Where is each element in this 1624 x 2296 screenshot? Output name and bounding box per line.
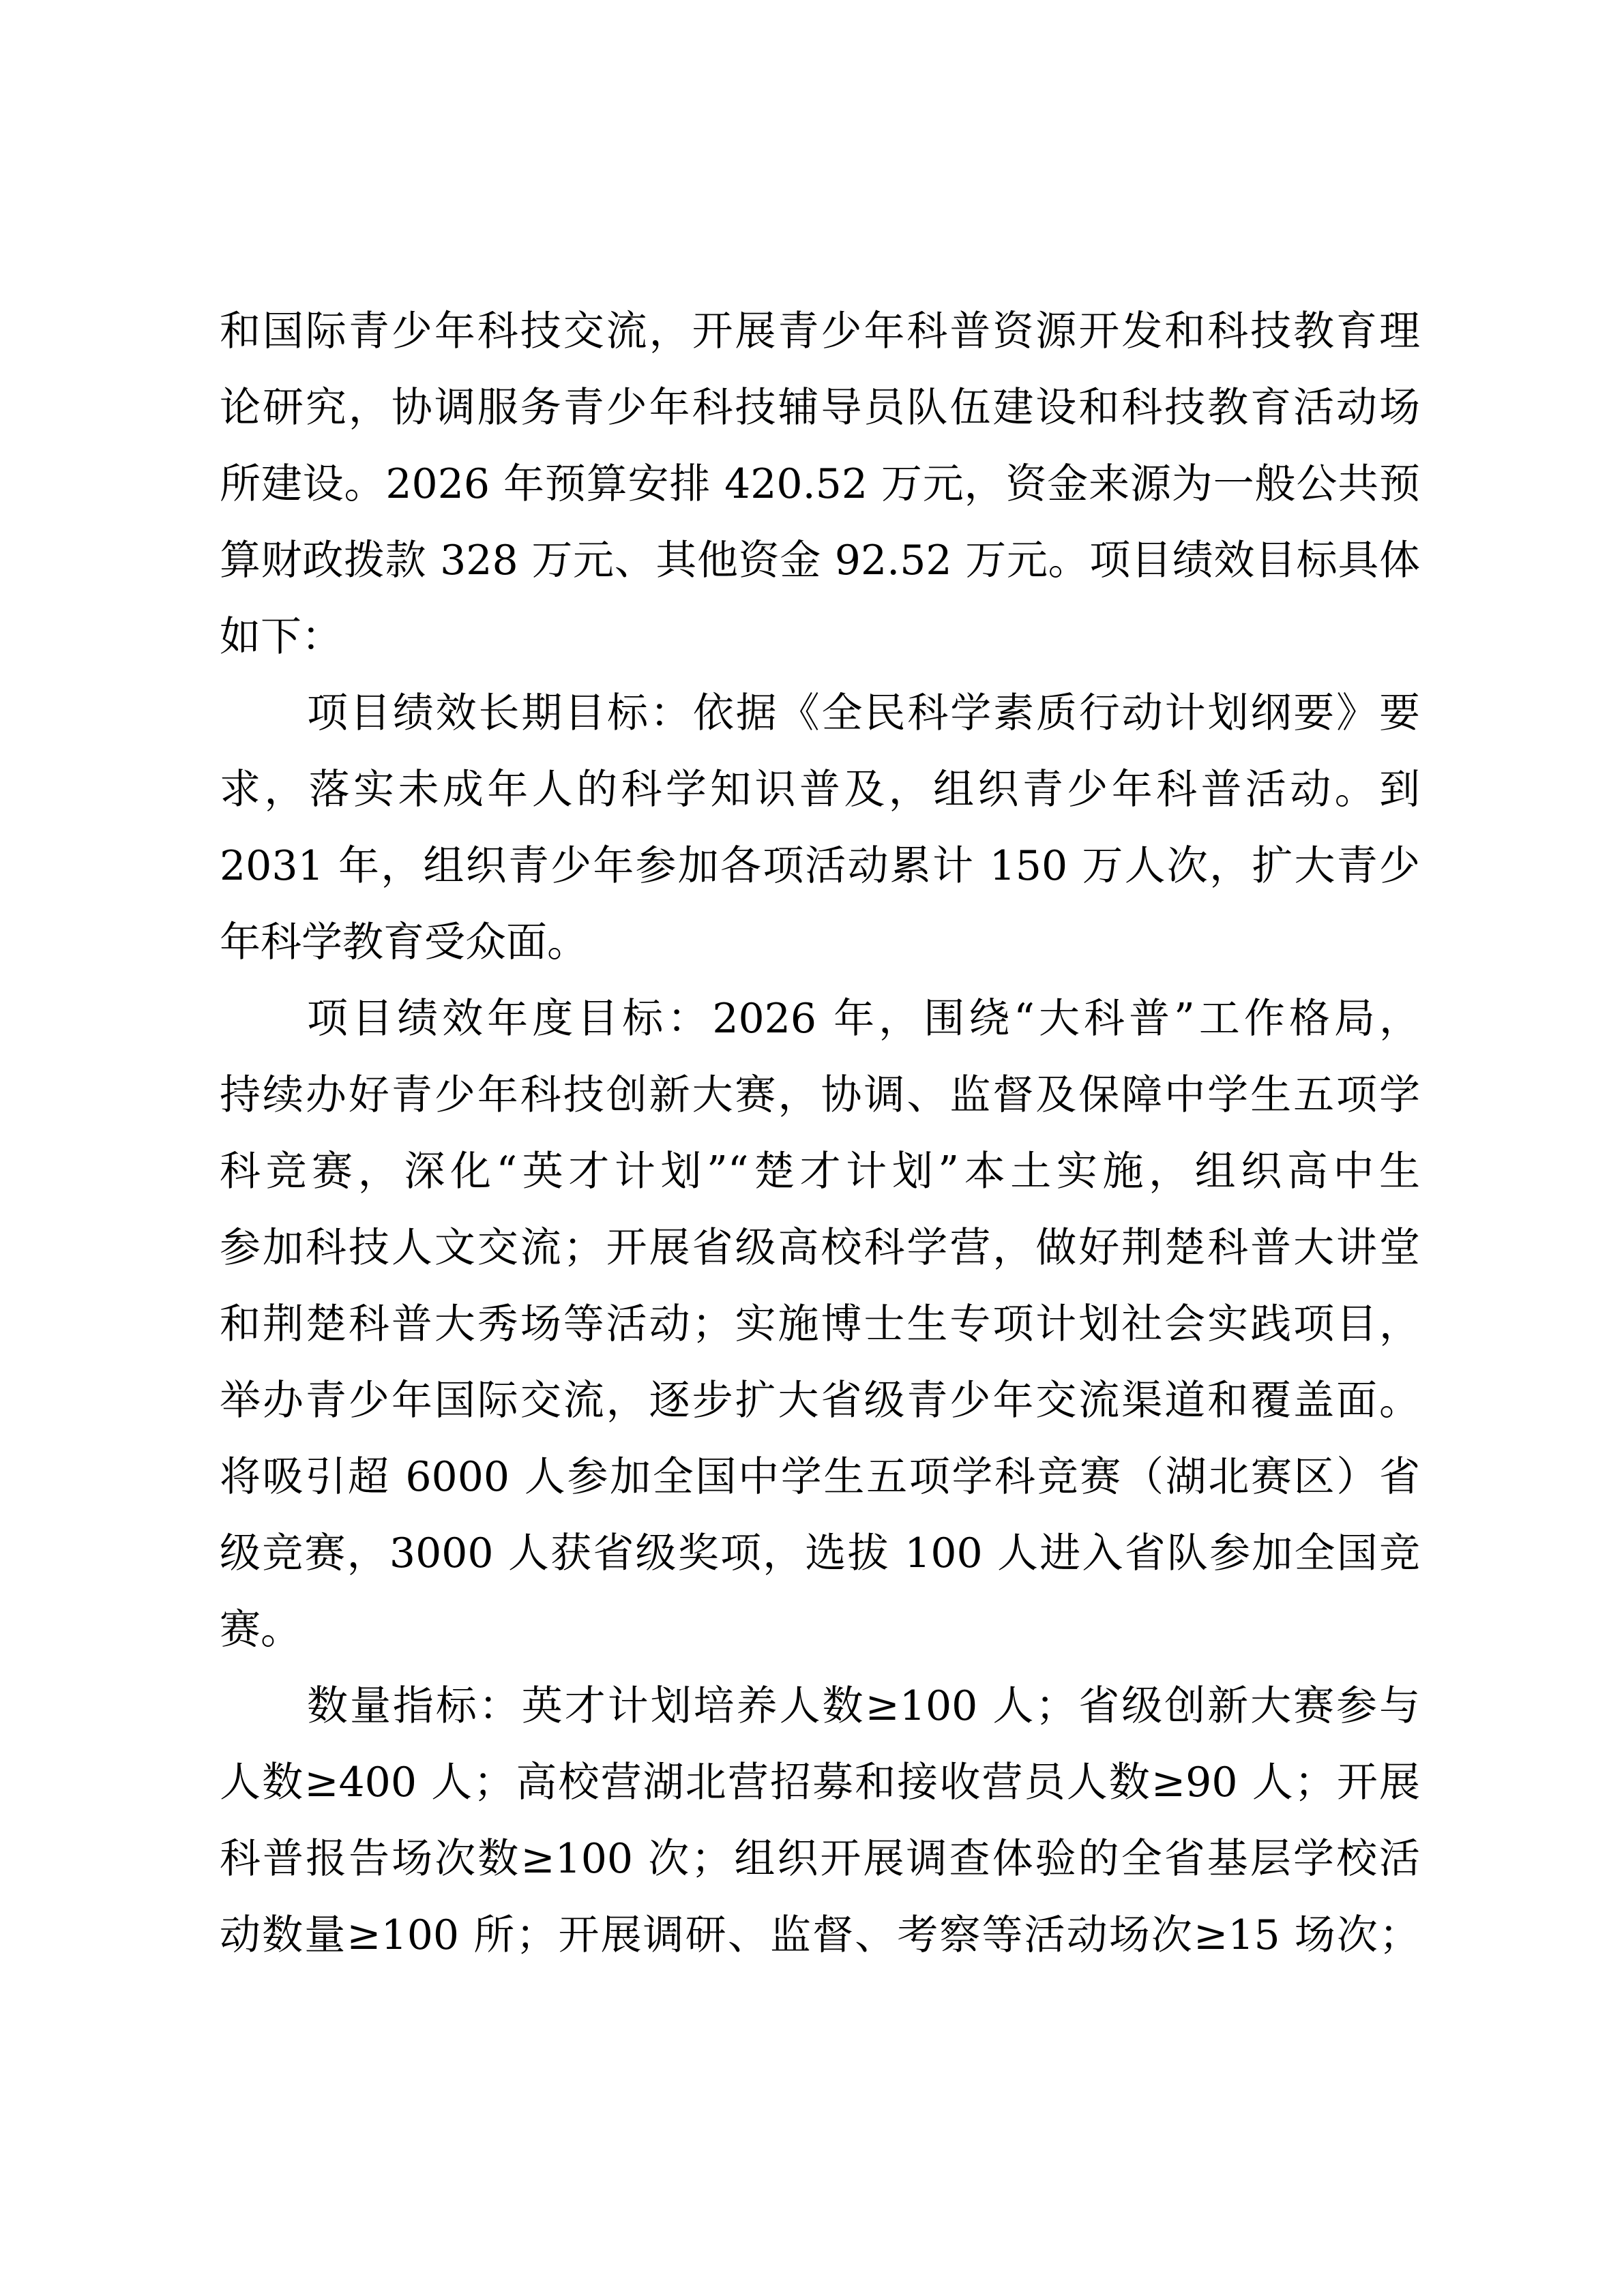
text-line: 论研究，协调服务青少年科技辅导员队伍建设和科技教育活动场 xyxy=(220,370,1420,446)
text-line: 科竞赛，深化“英才计划”“楚才计划”本土实施，组织高中生 xyxy=(220,1133,1420,1210)
text-line: 和荆楚科普大秀场等活动；实施博士生专项计划社会实践项目， xyxy=(220,1286,1420,1362)
text-line: 举办青少年国际交流，逐步扩大省级青少年交流渠道和覆盖面。 xyxy=(220,1362,1420,1439)
text-line: 如下： xyxy=(220,599,1420,675)
text-line: 项目绩效长期目标：依据《全民科学素质行动计划纲要》要 xyxy=(220,675,1420,751)
text-line: 年科学教育受众面。 xyxy=(220,904,1420,981)
paragraph-budget-intro: 和国际青少年科技交流，开展青少年科普资源开发和科技教育理 论研究，协调服务青少年… xyxy=(220,293,1420,675)
text-line: 项目绩效年度目标：2026 年，围绕“大科普”工作格局， xyxy=(220,981,1420,1057)
text-line: 和国际青少年科技交流，开展青少年科普资源开发和科技教育理 xyxy=(220,293,1420,370)
text-line: 数量指标：英才计划培养人数≥100 人；省级创新大赛参与 xyxy=(220,1668,1420,1744)
text-line: 级竞赛，3000 人获省级奖项，选拔 100 人进入省队参加全国竞 xyxy=(220,1515,1420,1592)
text-line: 科普报告场次数≥100 次；组织开展调查体验的全省基层学校活 xyxy=(220,1821,1420,1897)
document-body: 和国际青少年科技交流，开展青少年科普资源开发和科技教育理 论研究，协调服务青少年… xyxy=(220,293,1420,1973)
document-page: 和国际青少年科技交流，开展青少年科普资源开发和科技教育理 论研究，协调服务青少年… xyxy=(0,0,1624,2296)
text-line: 将吸引超 6000 人参加全国中学生五项学科竞赛（湖北赛区）省 xyxy=(220,1439,1420,1515)
text-line: 求，落实未成年人的科学知识普及，组织青少年科普活动。到 xyxy=(220,751,1420,828)
paragraph-quantity-indicators: 数量指标：英才计划培养人数≥100 人；省级创新大赛参与 人数≥400 人；高校… xyxy=(220,1668,1420,1973)
paragraph-annual-goal: 项目绩效年度目标：2026 年，围绕“大科普”工作格局， 持续办好青少年科技创新… xyxy=(220,981,1420,1668)
text-line: 2031 年，组织青少年参加各项活动累计 150 万人次，扩大青少 xyxy=(220,828,1420,904)
text-line: 所建设。2026 年预算安排 420.52 万元，资金来源为一般公共预 xyxy=(220,446,1420,522)
text-line: 参加科技人文交流；开展省级高校科学营，做好荆楚科普大讲堂 xyxy=(220,1210,1420,1286)
text-line: 持续办好青少年科技创新大赛，协调、监督及保障中学生五项学 xyxy=(220,1057,1420,1133)
text-line: 赛。 xyxy=(220,1592,1420,1668)
text-line: 人数≥400 人；高校营湖北营招募和接收营员人数≥90 人；开展 xyxy=(220,1744,1420,1821)
text-line: 动数量≥100 所；开展调研、监督、考察等活动场次≥15 场次； xyxy=(220,1897,1420,1973)
text-line: 算财政拨款 328 万元、其他资金 92.52 万元。项目绩效目标具体 xyxy=(220,522,1420,599)
paragraph-long-term-goal: 项目绩效长期目标：依据《全民科学素质行动计划纲要》要 求，落实未成年人的科学知识… xyxy=(220,675,1420,981)
